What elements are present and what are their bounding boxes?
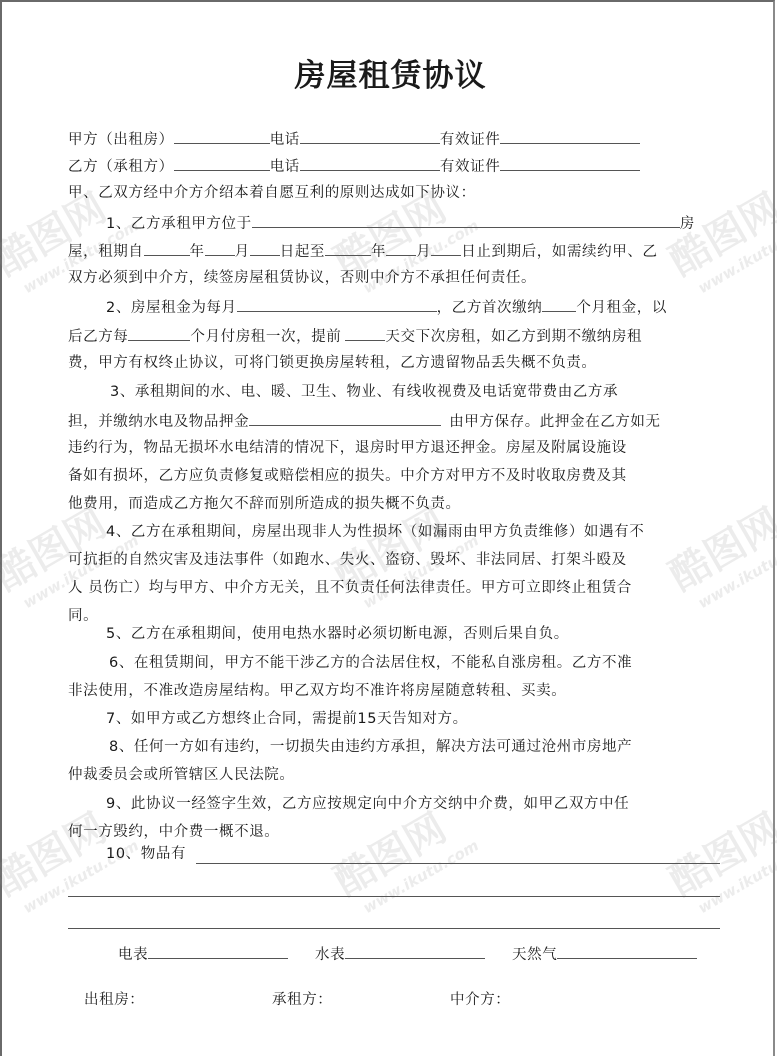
party-b-phone-field[interactable] [300, 155, 440, 171]
clause-4-line-3: 人 员伤亡）均与甲方、中介方无关，且不负责任何法律责任。甲方可立即终止租赁合 [68, 578, 632, 598]
party-b-name-field[interactable] [174, 155, 270, 171]
agent-signature-label: 中介方： [450, 990, 510, 1010]
id-label: 有效证件 [440, 132, 500, 148]
items-field-line-2[interactable] [68, 896, 720, 897]
electric-meter-row: 电表 [118, 943, 288, 965]
watermark: 酷图网www.ikutu.com [658, 787, 777, 922]
clause-text: 日止到期后，如需续约甲、乙 [461, 244, 657, 260]
start-month-field[interactable] [205, 240, 235, 256]
clause-8-line-2: 仲裁委员会或所管辖区人民法院。 [68, 765, 295, 785]
clause-text: 2、房屋租金为每月 [106, 300, 237, 316]
clause-2-line-1: 2、房屋租金为每月，乙方首次缴纳个月租金，以 [106, 296, 667, 318]
clause-4-line-4: 同。 [68, 606, 98, 626]
party-a-label: 甲方（出租房） [68, 132, 174, 148]
clause-3-line-5: 他费用，而造成乙方拖欠不辞而别所造成的损失概不负责。 [68, 494, 461, 514]
clause-text: 月 [235, 244, 250, 260]
clause-2-line-3: 费，甲方有权终止协议，可将门锁更换房屋转租，乙方遗留物品丢失概不负责。 [68, 353, 597, 373]
clause-8-line-1: 8、任何一方如有违约，一切损失由违约方承担，解决方法可通过沧州市房地产 [109, 737, 632, 757]
deposit-field[interactable] [249, 410, 441, 426]
end-day-field[interactable] [431, 240, 461, 256]
end-year-field[interactable] [325, 240, 371, 256]
water-meter-label: 水表 [315, 947, 345, 963]
party-b-row: 乙方（承租方）电话有效证件 [68, 155, 640, 177]
clause-4-line-1: 4、乙方在承租期间，房屋出现非人为性损坏（如漏雨由甲方负责维修）如遇有不 [106, 522, 644, 542]
clause-text: 担，并缴纳水电及物品押金 [68, 414, 249, 430]
clause-5-line-1: 5、乙方在承租期间，使用电热水器时必须切断电源，否则后果自负。 [106, 624, 569, 644]
clause-text: 房 [680, 216, 695, 232]
clause-3-line-2: 担，并缴纳水电及物品押金由甲方保存。此押金在乙方如无 [68, 410, 661, 432]
payment-interval-field[interactable] [128, 325, 190, 341]
clause-text: 1、乙方承租甲方位于 [106, 216, 252, 232]
electric-meter-label: 电表 [118, 947, 148, 963]
phone-label: 电话 [270, 132, 300, 148]
start-year-field[interactable] [144, 240, 190, 256]
clause-9-line-2: 何一方毁约，中介费一概不退。 [68, 822, 279, 842]
clause-text: ，乙方首次缴纳 [437, 300, 543, 316]
gas-meter-label: 天然气 [512, 947, 557, 963]
gas-meter-field[interactable] [557, 943, 697, 959]
clause-7-line-1: 7、如甲方或乙方想终止合同，需提前15天告知对方。 [106, 709, 468, 729]
clause-text: 个月付房租一次，提前 [190, 329, 341, 345]
document-title: 房屋租赁协议 [2, 50, 777, 95]
clause-3-line-1: 3、承租期间的水、电、暖、卫生、物业、有线收视费及电话宽带费由乙方承 [110, 382, 618, 402]
clause-3-line-4: 备如有损坏，乙方应负责修复或赔偿相应的损失。中介方对甲方不及时收取房费及其 [68, 466, 627, 486]
clause-10-line-1: 10、物品有 [106, 844, 186, 864]
clause-text: 由甲方保存。此押金在乙方如无 [449, 414, 660, 430]
phone-label: 电话 [270, 159, 300, 175]
document-page: 酷图网www.ikutu.com 酷图网www.ikutu.com 酷图网www… [0, 0, 775, 1056]
clause-text: 年 [371, 244, 386, 260]
first-payment-months-field[interactable] [542, 296, 576, 312]
clause-1-line-3: 双方必须到中介方，续签房屋租赁协议，否则中介方不承担任何责任。 [68, 268, 536, 288]
clause-6-line-2: 非法使用，不准改造房屋结构。甲乙双方均不准许将房屋随意转租、买卖。 [68, 681, 566, 701]
tenant-signature-label: 承租方： [272, 990, 332, 1010]
end-month-field[interactable] [386, 240, 416, 256]
property-address-field[interactable] [252, 212, 680, 228]
clause-text: 天交下次房租，如乙方到期不缴纳房租 [385, 329, 642, 345]
water-meter-row: 水表 [315, 943, 485, 965]
clause-text: 屋，租期自 [68, 244, 144, 260]
items-field-line-1[interactable] [196, 863, 720, 864]
clause-3-line-3: 违约行为，物品无损坏水电结清的情况下，退房时甲方退还押金。房屋及附属设施设 [68, 438, 627, 458]
clause-text: 月 [416, 244, 431, 260]
clause-9-line-1: 9、此协议一经签字生效，乙方应按规定向中介方交纳中介费，如甲乙双方中任 [106, 794, 629, 814]
party-b-label: 乙方（承租方） [68, 159, 174, 175]
start-day-field[interactable] [250, 240, 280, 256]
clause-1-line-1: 1、乙方承租甲方位于房 [106, 212, 695, 234]
party-a-name-field[interactable] [174, 128, 270, 144]
clause-text: 年 [190, 244, 205, 260]
items-field-line-3[interactable] [68, 928, 720, 929]
water-meter-field[interactable] [345, 943, 485, 959]
intro-text: 甲、乙双方经中介方介绍本着自愿互利的原则达成如下协议： [68, 183, 476, 203]
clause-4-line-2: 可抗拒的自然灾害及违法事件（如跑水、失火、盗窃、毁坏、非法同居、打架斗殴及 [68, 550, 627, 570]
clause-text: 个月租金，以 [576, 300, 667, 316]
clause-2-line-2: 后乙方每个月付房租一次，提前天交下次房租，如乙方到期不缴纳房租 [68, 325, 642, 347]
watermark: 酷图网www.ikutu.com [658, 482, 777, 617]
party-a-phone-field[interactable] [300, 128, 440, 144]
gas-meter-row: 天然气 [512, 943, 697, 965]
monthly-rent-field[interactable] [237, 296, 437, 312]
advance-days-field[interactable] [345, 325, 385, 341]
clause-text: 后乙方每 [68, 329, 128, 345]
watermark: 酷图网www.ikutu.com [658, 167, 777, 302]
clause-6-line-1: 6、在租赁期间，甲方不能干涉乙方的合法居住权，不能私自涨房租。乙方不准 [109, 653, 632, 673]
party-a-row: 甲方（出租房）电话有效证件 [68, 128, 640, 150]
party-b-id-field[interactable] [500, 155, 640, 171]
party-a-id-field[interactable] [500, 128, 640, 144]
clause-text: 日起至 [280, 244, 325, 260]
landlord-signature-label: 出租房： [84, 990, 144, 1010]
electric-meter-field[interactable] [148, 943, 288, 959]
clause-1-line-2: 屋，租期自年月日起至年月日止到期后，如需续约甲、乙 [68, 240, 658, 262]
id-label: 有效证件 [440, 159, 500, 175]
